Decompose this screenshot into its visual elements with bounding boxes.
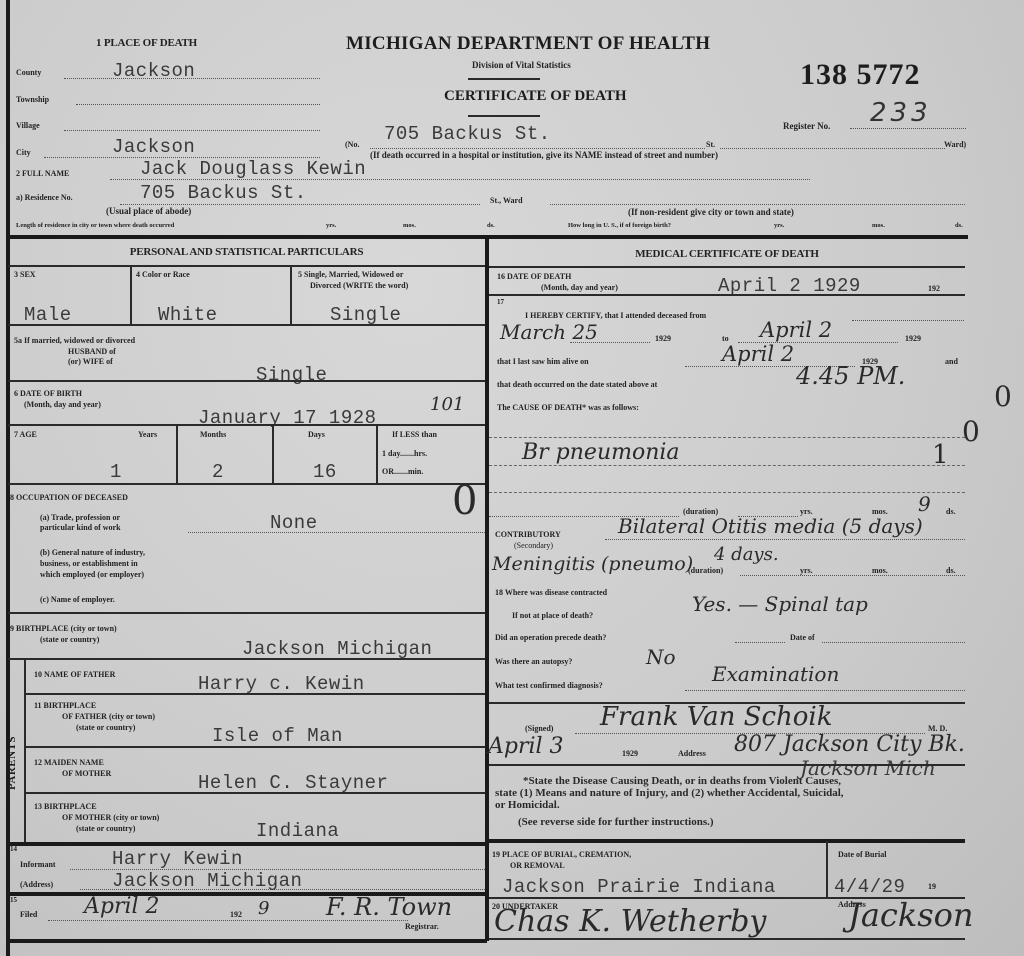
last-saw-label: that I last saw him alive on <box>497 357 589 366</box>
informant-address-label: (Address) <box>20 880 53 889</box>
footnote-line-1: *State the Disease Causing Death, or in … <box>523 775 841 787</box>
non-resident-note: (If non-resident give city or town and s… <box>628 207 794 217</box>
sign-year: 1929 <box>622 749 638 758</box>
township-label: Township <box>16 95 49 104</box>
mother-bp-label-2: OF MOTHER (city or town) <box>62 813 159 822</box>
yrs-label: yrs. <box>326 222 336 229</box>
usual-abode-note: (Usual place of abode) <box>106 206 191 216</box>
father-bp-label-3: (state or country) <box>76 723 135 732</box>
occ-a-label-1: (a) Trade, profession or <box>40 513 120 522</box>
father-bp-label-2: OF FATHER (city or town) <box>62 712 155 721</box>
medical-section-title: MEDICAL CERTIFICATE OF DEATH <box>489 248 965 260</box>
physician-address: 807 Jackson City Bk. <box>734 732 965 757</box>
time-of-death: 4.45 PM. <box>796 362 905 390</box>
title-rule-top <box>468 78 540 80</box>
autopsy-label: Was there an autopsy? <box>495 657 572 666</box>
attended-from-year: 1929 <box>655 334 671 343</box>
city-value: Jackson <box>112 136 195 158</box>
contracted-label: 18 Where was disease contracted <box>495 588 607 597</box>
burial-place: Jackson Prairie Indiana <box>502 876 776 898</box>
occurred-label: that death occurred on the date stated a… <box>497 380 657 389</box>
filed-year-prefix: 192 <box>230 910 242 919</box>
st-label: St. <box>706 140 715 149</box>
full-name-value: Jack Douglass Kewin <box>140 158 366 180</box>
duration-days: 9 <box>918 492 931 516</box>
birthplace-value: Jackson Michigan <box>242 638 432 660</box>
contributory-label: CONTRIBUTORY <box>495 530 561 539</box>
mother-label-1: 12 MAIDEN NAME <box>34 758 104 767</box>
mother-label-2: OF MOTHER <box>62 769 111 778</box>
father-birthplace-value: Isle of Man <box>212 725 343 747</box>
age-days: 16 <box>313 461 337 483</box>
years-label: Years <box>138 430 157 439</box>
duration-2-ds: ds. <box>946 566 956 575</box>
not-place-label: If not at place of death? <box>512 611 593 620</box>
months-label: Months <box>200 430 226 439</box>
operation-value: Yes. — Spinal tap <box>692 592 868 616</box>
spouse-label-2: HUSBAND of <box>68 347 116 356</box>
test-label: What test confirmed diagnosis? <box>495 681 603 690</box>
see-reverse-note: (See reverse side for further instructio… <box>518 816 714 828</box>
informant-address: Jackson Michigan <box>112 870 302 892</box>
dod-sub: (Month, day and year) <box>541 283 618 292</box>
death-certificate: 1 PLACE OF DEATH MICHIGAN DEPARTMENT OF … <box>0 0 1024 956</box>
place-of-death-label: 1 PLACE OF DEATH <box>96 37 197 49</box>
burial-date: 4/4/29 <box>834 876 905 898</box>
filed-num: 15 <box>10 896 17 904</box>
center-divider <box>485 237 489 941</box>
father-value: Harry c. Kewin <box>198 673 365 695</box>
left-border <box>6 0 10 956</box>
residence-label: a) Residence No. <box>16 193 73 202</box>
occ-c-label: (c) Name of employer. <box>40 595 115 604</box>
registrar-label: Registrar. <box>405 922 439 931</box>
operation-label: Did an operation precede death? <box>495 633 606 642</box>
register-number: 233 <box>870 98 932 128</box>
father-bp-label-1: 11 BIRTHPLACE <box>34 701 96 710</box>
us-mos-label: mos. <box>872 222 885 229</box>
dob-annotation: 101 <box>430 394 464 415</box>
dob-sub: (Month, day and year) <box>24 400 101 409</box>
dod-suffix: 192 <box>928 284 940 293</box>
attended-from: March 25 <box>500 320 598 344</box>
mother-bp-label-1: 13 BIRTHPLACE <box>34 802 97 811</box>
dod-label: 16 DATE OF DEATH <box>497 272 571 281</box>
contributory-value: Bilateral Otitis media (5 days) <box>618 514 923 538</box>
less-than-label: If LESS than <box>392 430 437 439</box>
physician-signature: Frank Van Schoik <box>600 702 832 732</box>
sex-value: Male <box>24 304 72 326</box>
marital-value: Single <box>330 304 401 326</box>
footnote-line-3: or Homicidal. <box>495 799 560 811</box>
occ-b-label-1: (b) General nature of industry, <box>40 548 145 557</box>
informant-label: Informant <box>20 860 56 869</box>
days-label: Days <box>308 430 325 439</box>
age-label: 7 AGE <box>14 430 37 439</box>
death-street-value: 705 Backus St. <box>384 123 551 145</box>
village-label: Village <box>16 121 40 130</box>
margin-mark-occupation: 0 <box>452 478 477 524</box>
duration-2-label: (duration) <box>688 566 723 575</box>
date-of-label: Date of <box>790 633 815 642</box>
department-title: MICHIGAN DEPARTMENT OF HEALTH <box>346 33 710 55</box>
burial-date-label: Date of Burial <box>838 850 886 859</box>
title-rule-bottom <box>468 115 540 117</box>
street-no-label: (No. <box>345 140 359 149</box>
us-residence-label: How long in U. S., if of foreign birth? <box>568 222 671 229</box>
length-residence-label: Length of residence in city or town wher… <box>16 222 174 229</box>
dob-label: 6 DATE OF BIRTH <box>14 389 82 398</box>
certify-text: I HEREBY CERTIFY, that I attended deceas… <box>525 311 706 320</box>
burial-date-suffix: 19 <box>928 882 936 891</box>
occ-a-label-2: particular kind of work <box>40 523 121 532</box>
informant-name: Harry Kewin <box>112 848 243 870</box>
residence-value: 705 Backus St. <box>140 182 307 204</box>
spouse-value: Single <box>256 364 327 386</box>
mos-label: mos. <box>403 222 416 229</box>
race-label: 4 Color or Race <box>136 270 190 279</box>
margin-mark-2: 0 <box>962 415 980 448</box>
full-name-label: 2 FULL NAME <box>16 169 69 178</box>
last-saw-date: April 2 <box>722 342 794 366</box>
us-ds-label: ds. <box>955 222 963 229</box>
birthplace-sub: (state or country) <box>40 635 99 644</box>
address-label: Address <box>678 749 706 758</box>
sex-label: 3 SEX <box>14 270 36 279</box>
cause-label: The CAUSE OF DEATH* was as follows: <box>497 403 639 412</box>
occupation-label: 8 OCCUPATION OF DECEASED <box>10 493 128 502</box>
attended-to: April 2 <box>760 318 832 342</box>
marital-label-2: Divorced (WRITE the word) <box>310 281 408 290</box>
cause-value: Br pneumonia <box>522 440 680 465</box>
county-label: County <box>16 68 41 77</box>
filed-label: Filed <box>20 910 37 919</box>
registrar-signature: F. R. Town <box>326 893 452 921</box>
item-17-num: 17 <box>497 298 504 306</box>
spouse-label-1: 5a If married, widowed or divorced <box>14 336 135 345</box>
ward-label: Ward) <box>944 140 966 149</box>
autopsy-value: No <box>646 645 676 669</box>
filed-year-suffix: 9 <box>258 898 269 919</box>
ds-label: ds. <box>487 222 495 229</box>
filed-date: April 2 <box>84 894 160 919</box>
race-value: White <box>158 304 218 326</box>
sign-date: April 3 <box>488 734 564 759</box>
division-label: Division of Vital Statistics <box>472 60 571 70</box>
occ-b-label-3: which employed (or employer) <box>40 570 144 579</box>
footnote-line-2: state (1) Means and nature of Injury, an… <box>495 787 844 799</box>
st-ward-label: St., Ward <box>490 196 523 205</box>
and-label: and <box>945 357 958 366</box>
father-label: 10 NAME OF FATHER <box>34 670 115 679</box>
age-years: 1 <box>110 461 122 483</box>
document-title: CERTIFICATE OF DEATH <box>444 88 627 105</box>
burial-label-1: 19 PLACE OF BURIAL, CREMATION, <box>492 850 631 859</box>
mother-birthplace-value: Indiana <box>256 820 339 842</box>
margin-mark-1: 0 <box>994 380 1012 413</box>
parents-side-label: PARENTS <box>6 736 18 790</box>
duration-2-mos: mos. <box>872 566 888 575</box>
burial-label-2: OR REMOVAL <box>510 861 565 870</box>
city-label: City <box>16 148 31 157</box>
attended-to-year: 1929 <box>905 334 921 343</box>
secondary-label: (Secondary) <box>514 541 553 550</box>
duration-ds: ds. <box>946 507 956 516</box>
spouse-label-3: (or) WIFE of <box>68 357 113 366</box>
register-label: Register No. <box>783 121 830 131</box>
mother-bp-label-3: (state or country) <box>76 824 135 833</box>
hospital-note: (If death occurred in a hospital or inst… <box>370 150 718 160</box>
us-yrs-label: yrs. <box>774 222 784 229</box>
undertaker-signature: Chas K. Wetherby <box>494 904 766 939</box>
marital-label-1: 5 Single, Married, Widowed or <box>298 270 403 279</box>
undertaker-address: Jackson <box>848 896 974 934</box>
contributory-2-duration: 4 days. <box>714 544 779 565</box>
age-months: 2 <box>212 461 224 483</box>
test-value: Examination <box>712 662 839 686</box>
personal-section-title: PERSONAL AND STATISTICAL PARTICULARS <box>8 246 485 258</box>
less-day: 1 day.......hrs. <box>382 449 427 458</box>
birthplace-label: 9 BIRTHPLACE (city or town) <box>10 624 117 633</box>
county-value: Jackson <box>112 60 195 82</box>
certificate-number: 138 5772 <box>800 58 921 92</box>
occupation-value: None <box>270 512 318 534</box>
occ-b-label-2: business, or establishment in <box>40 559 138 568</box>
mother-value: Helen C. Stayner <box>198 772 388 794</box>
duration-2-yrs: yrs. <box>800 566 813 575</box>
contributory-2-value: Meningitis (pneumo) <box>492 553 693 575</box>
signed-label: (Signed) <box>525 724 553 733</box>
less-or: OR.......min. <box>382 467 423 476</box>
informant-num: 14 <box>10 845 17 853</box>
